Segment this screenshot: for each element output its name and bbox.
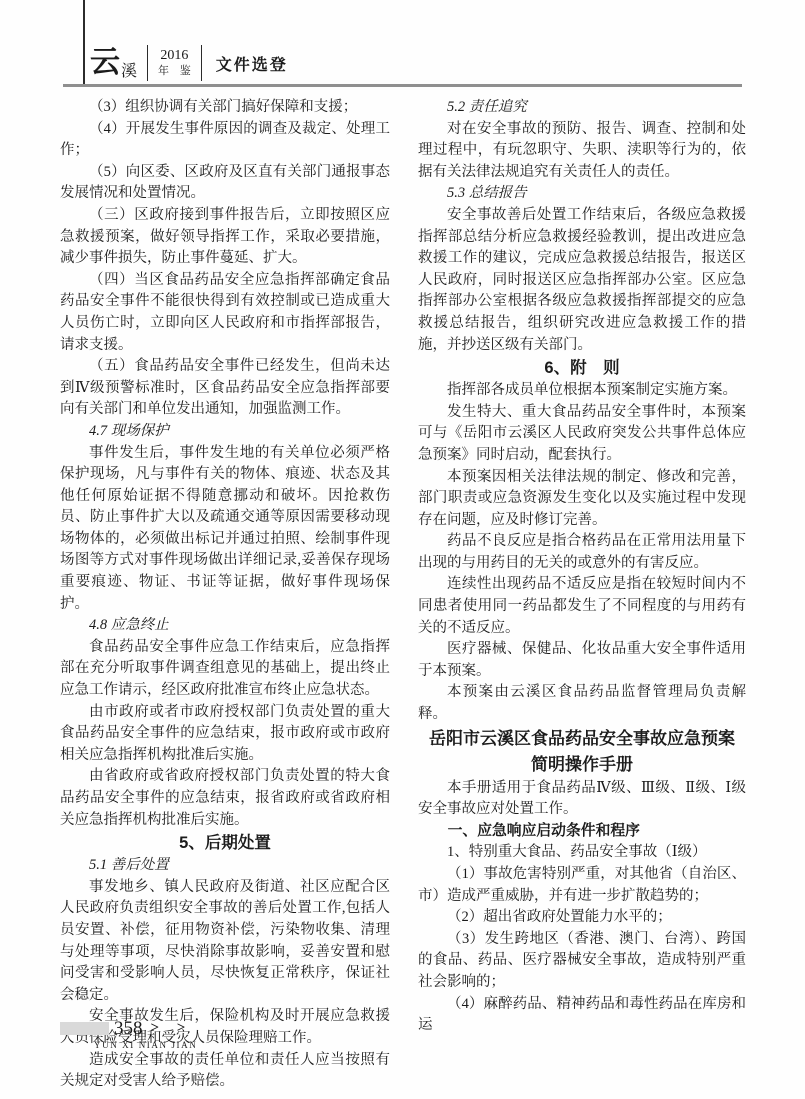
right-column: 5.2 责任追究 对在安全事故的预防、报告、调查、控制和处理过程中，有玩忽职守、… bbox=[418, 97, 746, 1037]
paragraph: 发生特大、重大食品药品安全事件时，本预案可与《岳阳市云溪区人民政府突发公共事件总… bbox=[418, 402, 746, 467]
left-column: （3）组织协调有关部门搞好保障和支援； （4）开展发生事件原因的调查及裁定、处理… bbox=[60, 97, 390, 1093]
subsection-heading: 4.7 现场保护 bbox=[60, 421, 390, 443]
paragraph: 造成安全事故的责任单位和责任人应当按照有关规定对受害人给予赔偿。 bbox=[60, 1050, 390, 1093]
section-heading: 6、附 则 bbox=[418, 356, 746, 380]
paragraph: 本预案因相关法律法规的制定、修改和完善，部门职责或应急资源发生变化以及实施过程中… bbox=[418, 467, 746, 532]
paragraph: （4）开展发生事件原因的调查及裁定、处理工作； bbox=[60, 119, 390, 162]
paragraph: （五）食品药品安全事件已经发生，但尚未达到Ⅳ级预警标准时，区食品药品安全应急指挥… bbox=[60, 356, 390, 421]
paragraph: （4）麻醉药品、精神药品和毒性药品在库房和运 bbox=[418, 994, 746, 1037]
paragraph: 对在安全事故的预防、报告、调查、控制和处理过程中，有玩忽职守、失职、渎职等行为的… bbox=[418, 119, 746, 184]
yearbook-cell: 2016 年 鉴 bbox=[158, 47, 191, 78]
section-title: 文件选登 bbox=[216, 52, 288, 75]
subsection-heading: 4.8 应急终止 bbox=[60, 615, 390, 637]
numbered-heading: 一、应急响应启动条件和程序 bbox=[418, 821, 746, 843]
paragraph: （1）事故危害特别严重，对其他省（自治区、市）造成严重威胁，并有进一步扩散趋势的… bbox=[418, 864, 746, 907]
page-header: 云 溪 2016 年 鉴 文件选登 bbox=[90, 43, 288, 83]
paragraph: 食品药品安全事件应急工作结束后，应急指挥部在充分听取事件调查组意见的基础上，提出… bbox=[60, 637, 390, 702]
paragraph: 由省政府或省政府授权部门负责处置的特大食品药品安全事件的应急结束，报省政府或省政… bbox=[60, 766, 390, 831]
section-heading: 5、后期处置 bbox=[60, 831, 390, 855]
chevron-icons: > > bbox=[151, 1021, 193, 1036]
paragraph: （3）发生跨地区（香港、澳门、台湾）、跨国的食品、药品、医疗器械安全事故，造成特… bbox=[418, 929, 746, 994]
paragraph: 安全事故善后处置工作结束后，各级应急救援指挥部总结分析应急救援经验教训，提出改进… bbox=[418, 205, 746, 356]
page-number-box bbox=[60, 1022, 109, 1035]
header-vertical-rule bbox=[83, 0, 85, 84]
subsection-heading: 5.3 总结报告 bbox=[418, 183, 746, 205]
paragraph: 事件发生后，事件发生地的有关单位必须严格保护现场，凡与事件有关的物体、痕迹、状态… bbox=[60, 443, 390, 616]
paragraph: （5）向区委、区政府及区直有关部门通报事态发展情况和处置情况。 bbox=[60, 162, 390, 205]
document-page: 云 溪 2016 年 鉴 文件选登 （3）组织协调有关部门搞好保障和支援； （4… bbox=[0, 0, 805, 1099]
header-divider bbox=[201, 45, 202, 81]
document-title-line: 岳阳市云溪区食品药品安全事故应急预案 bbox=[418, 726, 746, 752]
paragraph: 本预案由云溪区食品药品监督管理局负责解释。 bbox=[418, 682, 746, 725]
paragraph: 指挥部各成员单位根据本预案制定实施方案。 bbox=[418, 380, 746, 402]
paragraph: （三）区政府接到事件报告后，立即按照区应急救援预案，做好领导指挥工作，采取必要措… bbox=[60, 205, 390, 270]
paragraph: （2）超出省政府处置能力水平的； bbox=[418, 907, 746, 929]
footer-row: 358 > > bbox=[60, 1019, 197, 1038]
footer-pinyin: YUN XI NIAN JIAN bbox=[94, 1040, 197, 1050]
paragraph: （四）当区食品药品安全应急指挥部确定食品药品安全事件不能很快得到有效控制或已造成… bbox=[60, 270, 390, 356]
subsection-heading: 5.2 责任追究 bbox=[418, 97, 746, 119]
paragraph: 由市政府或者市政府授权部门负责处置的重大食品药品安全事件的应急结束，报市政府或市… bbox=[60, 702, 390, 767]
paragraph: 1、特别重大食品、药品安全事故（Ⅰ级） bbox=[418, 842, 746, 864]
document-title-line: 简明操作手册 bbox=[418, 752, 746, 778]
paragraph: 药品不良反应是指合格药品在正常用法用量下出现的与用药目的无关的或意外的有害反应。 bbox=[418, 531, 746, 574]
yearbook-label: 年 鉴 bbox=[158, 65, 195, 79]
paragraph: 连续性出现药品不适反应是指在较短时间内不同患者使用同一药品都发生了不同程度的与用… bbox=[418, 574, 746, 639]
logo-character-big: 云 bbox=[90, 48, 119, 78]
page-number: 358 bbox=[114, 1019, 143, 1038]
paragraph: 事发地乡、镇人民政府及街道、社区应配合区人民政府负责组织安全事故的善后处置工作,… bbox=[60, 877, 390, 1007]
paragraph: 医疗器械、保健品、化妆品重大安全事件适用于本预案。 bbox=[418, 639, 746, 682]
logo-character-small: 溪 bbox=[121, 64, 137, 83]
header-divider bbox=[147, 45, 148, 81]
page-footer: 358 > > YUN XI NIAN JIAN bbox=[60, 1019, 197, 1050]
subsection-heading: 5.1 善后处置 bbox=[60, 855, 390, 877]
header-horizontal-rule bbox=[63, 84, 742, 87]
paragraph: （3）组织协调有关部门搞好保障和支援； bbox=[60, 97, 390, 119]
paragraph: 本手册适用于食品药品Ⅳ级、Ⅲ级、Ⅱ级、Ⅰ级安全事故应对处置工作。 bbox=[418, 778, 746, 821]
yearbook-year: 2016 bbox=[160, 47, 188, 65]
